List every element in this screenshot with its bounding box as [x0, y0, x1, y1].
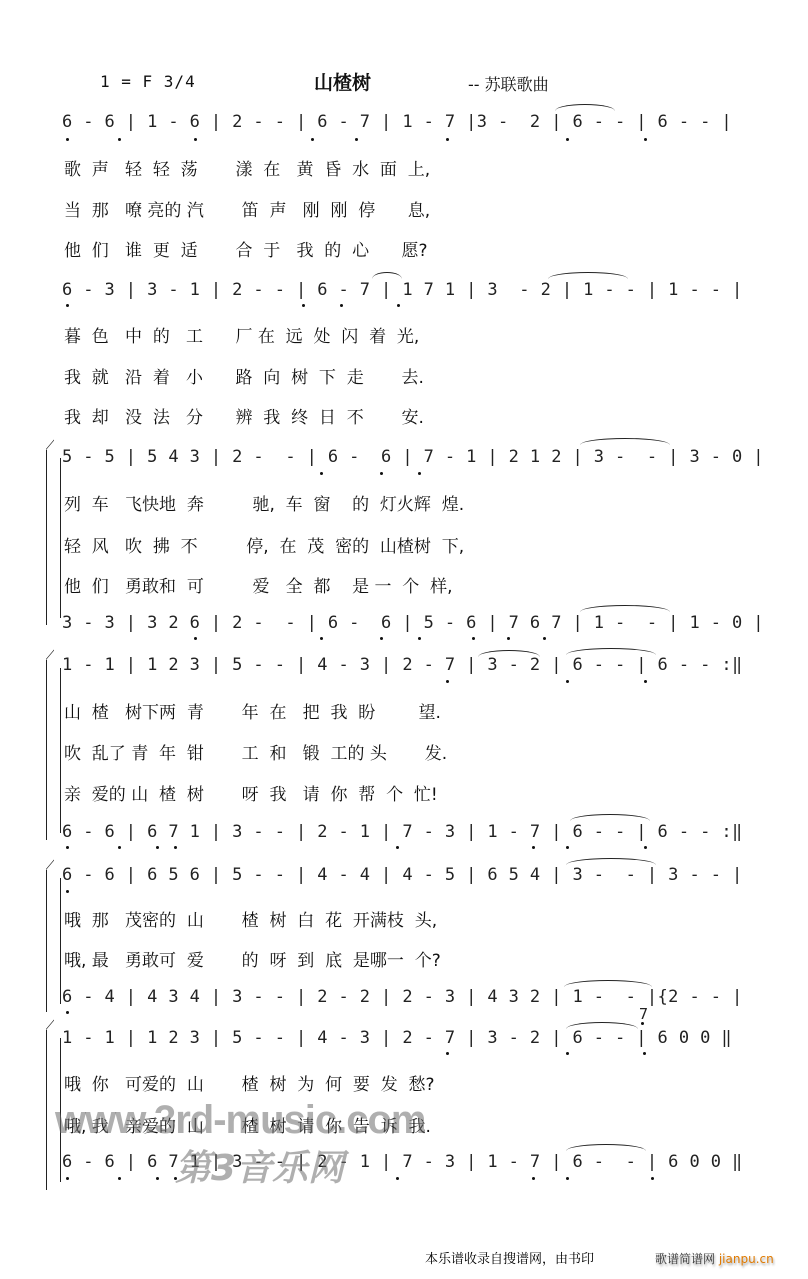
low-octave-dot — [66, 846, 69, 849]
low-octave-dot — [194, 138, 197, 141]
low-octave-dot — [118, 138, 121, 141]
low-octave-dot — [532, 1177, 535, 1180]
lyric-line: 哦, 最 勇敢可 爱 的 呀 到 底 是哪一 个? — [64, 946, 441, 972]
footer-brand-url[interactable]: jianpu.cn — [719, 1252, 774, 1266]
part-bracket-line — [60, 668, 61, 833]
footer-brand-name: 歌谱简谱网 — [655, 1252, 715, 1266]
low-octave-dot — [66, 1177, 69, 1180]
low-octave-dot — [566, 1177, 569, 1180]
low-octave-dot — [320, 472, 323, 475]
lyric-line: 我 却 没 法 分 辨 我 终 日 不 安. — [64, 403, 424, 429]
notation-line-4-upper: 1 - 1 | 1 2 3 | 5 - - | 4 - 3 | 2 - 7 | … — [62, 655, 743, 681]
part-brace — [46, 450, 57, 625]
lyric-line: 他 们 谁 更 适 合 于 我 的 心 愿? — [64, 236, 428, 262]
lyric-line: 山 楂 树下两 青 年 在 把 我 盼 望. — [64, 698, 441, 724]
lyric-line: 当 那 嘹 亮的 汽 笛 声 刚 刚 停 息, — [64, 196, 430, 222]
notation-line-3-lower: 3 - 3 | 3 2 6 | 2 - - | 6 - 6 | 5 - 6 | … — [62, 613, 764, 639]
part-bracket-line — [60, 878, 61, 1004]
low-octave-dot — [566, 138, 569, 141]
part-brace — [46, 870, 57, 1012]
tie-mark — [555, 104, 615, 111]
low-octave-dot — [643, 1052, 646, 1055]
lyric-line: 哦 那 茂密的 山 楂 树 白 花 开满枝 头, — [64, 906, 437, 932]
lyric-line: 歌 声 轻 轻 荡 漾 在 黄 昏 水 面 上, — [64, 155, 430, 181]
watermark-site-url: www.3rd-music.com — [55, 1098, 426, 1143]
low-octave-dot — [174, 846, 177, 849]
low-octave-dot — [311, 138, 314, 141]
low-octave-dot — [446, 1052, 449, 1055]
song-title: 山楂树 — [314, 68, 371, 95]
low-octave-dot — [156, 846, 159, 849]
part-bracket-line — [60, 458, 61, 618]
low-octave-dot — [532, 846, 535, 849]
low-octave-dot — [644, 680, 647, 683]
key-signature: 1 = F 3/4 — [100, 72, 196, 91]
notation-line-5-upper: 6 - 6 | 6 5 6 | 5 - - | 4 - 4 | 4 - 5 | … — [62, 865, 743, 891]
low-octave-dot — [446, 680, 449, 683]
watermark-site-name: 第3音乐网 — [175, 1140, 344, 1191]
lyric-line: 哦 你 可爱的 山 楂 树 为 何 要 发 愁? — [64, 1070, 435, 1096]
low-octave-dot — [566, 846, 569, 849]
notation-line-2: 6 - 3 | 3 - 1 | 2 - - | 6 - 7 | 1 7 1 | … — [62, 280, 743, 306]
tie-mark — [566, 858, 656, 865]
notation-line-6-lower: 6 - 6 | 6 7 1 | 3 - - | 2 - 1 | 7 - 3 | … — [62, 1152, 743, 1178]
tie-mark — [566, 648, 656, 655]
lyric-line: 亲 爱的 山 楂 树 呀 我 请 你 帮 个 忙! — [64, 780, 438, 806]
tie-mark — [478, 650, 540, 657]
footer-brand: 歌谱简谱网 jianpu.cn — [655, 1250, 774, 1267]
low-octave-dot — [397, 304, 400, 307]
low-octave-dot — [507, 637, 510, 640]
low-octave-dot — [418, 637, 421, 640]
tie-mark — [566, 1144, 646, 1151]
tie-mark — [548, 272, 628, 279]
low-octave-dot — [66, 890, 69, 893]
low-octave-dot — [446, 138, 449, 141]
low-octave-dot — [320, 637, 323, 640]
tie-mark — [566, 1022, 638, 1029]
part-brace — [46, 660, 57, 840]
lyric-line: 轻 风 吹 拂 不 停, 在 茂 密的 山楂树 下, — [64, 532, 464, 558]
low-octave-dot — [118, 1177, 121, 1180]
low-octave-dot — [302, 304, 305, 307]
low-octave-dot — [380, 637, 383, 640]
lyric-line: 暮 色 中 的 工 厂 在 远 处 闪 着 光, — [64, 322, 419, 348]
notation-line-3-upper: 5 - 5 | 5 4 3 | 2 - - | 6 - 6 | 7 - 1 | … — [62, 447, 764, 473]
notation-line-1: 6 - 6 | 1 - 6 | 2 - - | 6 - 7 | 1 - 7 |3… — [62, 112, 732, 138]
low-octave-dot — [566, 680, 569, 683]
low-octave-dot — [355, 138, 358, 141]
low-octave-dot — [66, 304, 69, 307]
low-octave-dot — [118, 846, 121, 849]
low-octave-dot — [543, 637, 546, 640]
lyric-line: 吹 乱了 青 年 钳 工 和 锻 工的 头 发. — [64, 739, 447, 765]
low-octave-dot — [340, 304, 343, 307]
notation-line-6-upper: 1 - 1 | 1 2 3 | 5 - - | 4 - 3 | 2 - 7 | … — [62, 1028, 732, 1054]
low-octave-dot — [644, 138, 647, 141]
low-octave-dot — [194, 637, 197, 640]
tie-mark — [564, 980, 652, 987]
tie-mark — [580, 605, 670, 612]
low-octave-dot — [396, 1177, 399, 1180]
low-octave-dot — [644, 846, 647, 849]
lyric-line: 我 就 沿 着 小 路 向 树 下 走 去. — [64, 363, 424, 389]
low-octave-dot — [472, 637, 475, 640]
lyric-line: 他 们 勇敢和 可 爱 全 都 是 一 个 样, — [64, 572, 453, 598]
low-octave-dot — [396, 846, 399, 849]
song-origin: -- 苏联歌曲 — [468, 72, 549, 95]
notation-line-4-lower: 6 - 6 | 6 7 1 | 3 - - | 2 - 1 | 7 - 3 | … — [62, 822, 743, 848]
low-octave-dot — [156, 1177, 159, 1180]
low-octave-dot — [380, 472, 383, 475]
score-header: 1 = F 3/4 山楂树 -- 苏联歌曲 — [0, 66, 808, 96]
low-octave-dot — [418, 472, 421, 475]
low-octave-dot — [66, 1011, 69, 1014]
low-octave-dot — [641, 1022, 644, 1025]
low-octave-dot — [566, 1052, 569, 1055]
tie-mark — [570, 814, 650, 821]
tie-mark — [372, 272, 402, 279]
lyric-line: 列 车 飞快地 奔 驰, 车 窗 的 灯火辉 煌. — [64, 490, 464, 516]
footer-source-text: 本乐谱收录自搜谱网，由书印 — [425, 1248, 594, 1267]
tie-mark — [580, 438, 670, 445]
low-octave-dot — [66, 138, 69, 141]
low-octave-dot — [651, 1177, 654, 1180]
